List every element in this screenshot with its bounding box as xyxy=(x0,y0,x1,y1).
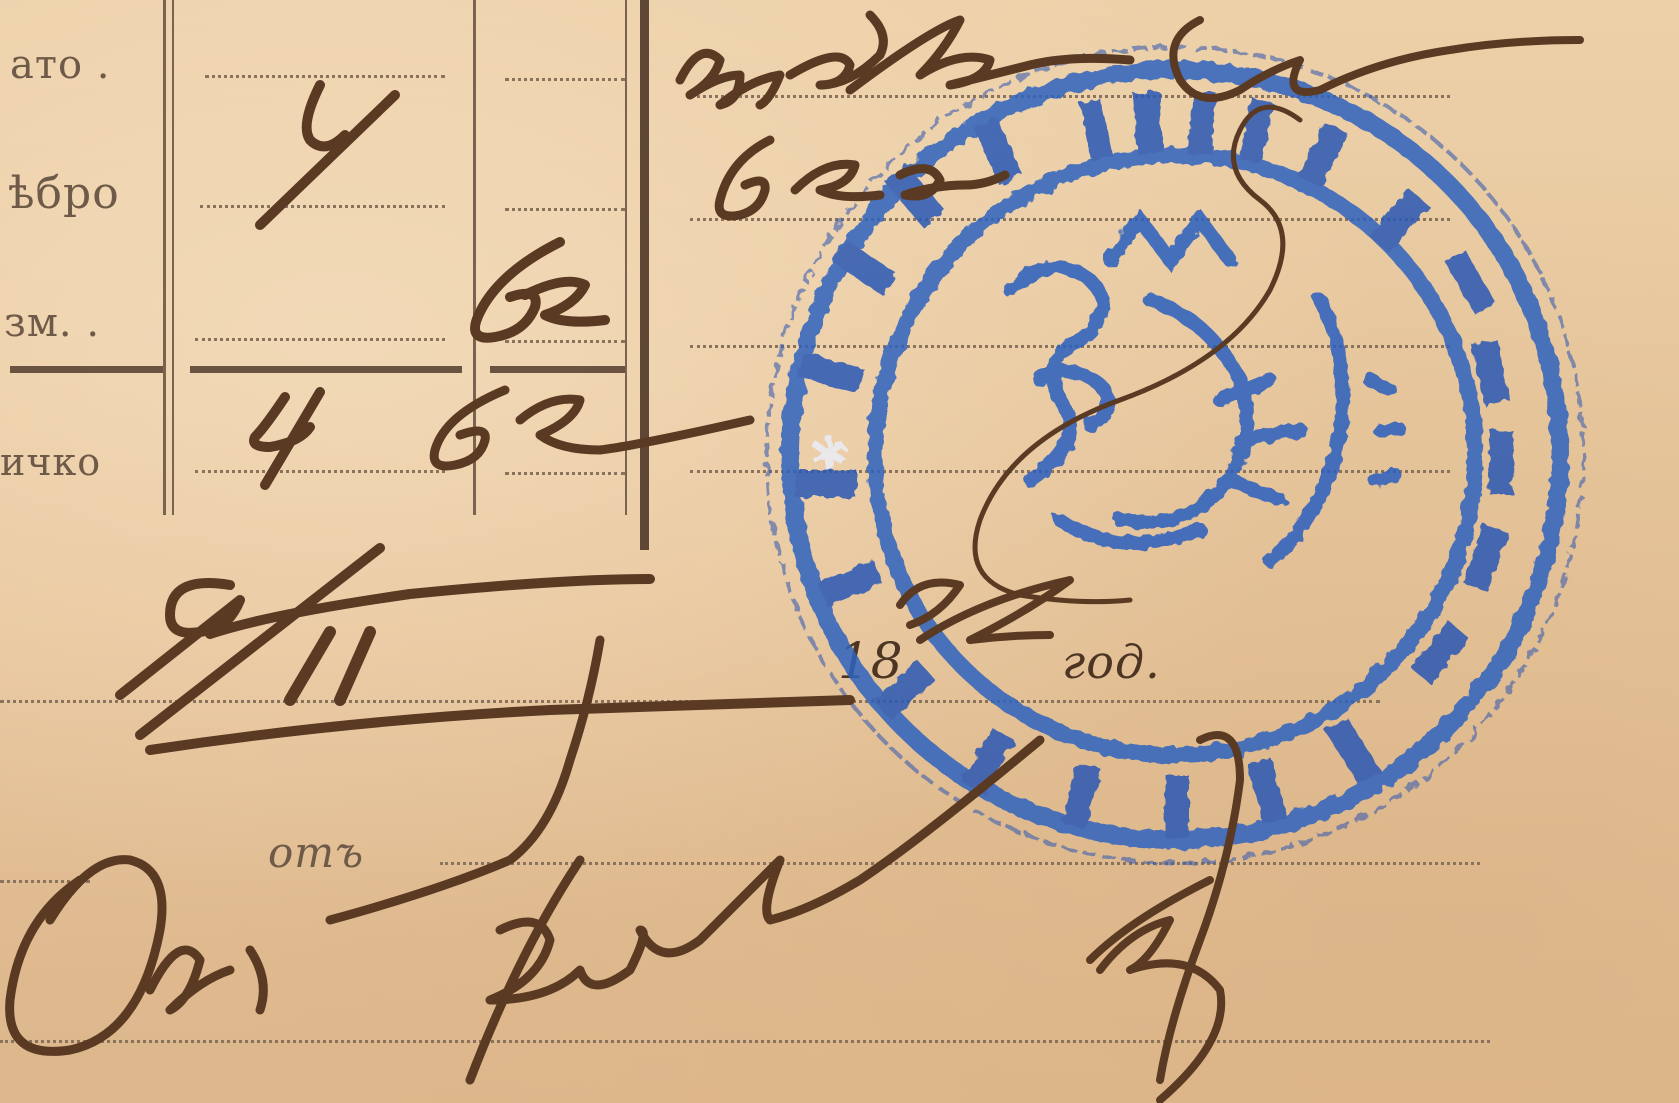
handwritten-4-top xyxy=(260,85,395,225)
handwritten-leva xyxy=(680,15,1130,105)
handwritten-62-row3 xyxy=(475,242,605,338)
handwritten-signature-flourish xyxy=(1090,735,1240,1100)
handwritten-flourish-s xyxy=(975,107,1300,602)
handwritten-4-total xyxy=(254,392,320,485)
handwritten-date-ii xyxy=(290,632,370,700)
handwritten-62-total xyxy=(434,390,750,466)
handwritten-signature-o xyxy=(10,860,162,1052)
handwritten-year xyxy=(900,580,1070,640)
handwritten-62-st xyxy=(719,140,1005,216)
handwriting-layer xyxy=(0,0,1679,1103)
handwritten-signoff-top xyxy=(1173,20,1580,98)
handwritten-date-underline xyxy=(150,700,850,750)
